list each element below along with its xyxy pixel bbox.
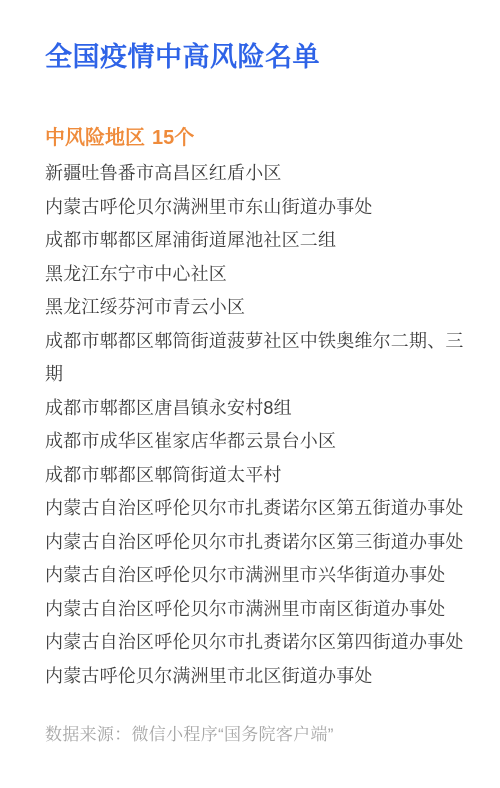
risk-area-item: 成都市郫都区郫筒街道太平村 <box>45 459 465 493</box>
section-heading: 中风险地区15个 <box>45 127 465 150</box>
page-title: 全国疫情中高风险名单 <box>45 42 465 73</box>
risk-list-page: 全国疫情中高风险名单 中风险地区15个 新疆吐鲁番市高昌区红盾小区内蒙古呼伦贝尔… <box>0 0 500 788</box>
risk-area-item: 内蒙古自治区呼伦贝尔市满洲里市兴华街道办事处 <box>45 559 465 593</box>
risk-area-item: 成都市成华区崔家店华都云景台小区 <box>45 425 465 459</box>
risk-area-item: 黑龙江绥芬河市青云小区 <box>45 291 465 325</box>
risk-area-item: 内蒙古自治区呼伦贝尔市满洲里市南区街道办事处 <box>45 593 465 627</box>
risk-area-list: 新疆吐鲁番市高昌区红盾小区内蒙古呼伦贝尔满洲里市东山街道办事处成都市郫都区犀浦街… <box>45 157 465 693</box>
section-label: 中风险地区 <box>45 127 145 149</box>
risk-area-item: 黑龙江东宁市中心社区 <box>45 258 465 292</box>
risk-area-item: 内蒙古自治区呼伦贝尔市扎赉诺尔区第四街道办事处 <box>45 626 465 660</box>
risk-area-item: 内蒙古呼伦贝尔满洲里市北区街道办事处 <box>45 660 465 694</box>
risk-area-item: 内蒙古呼伦贝尔满洲里市东山街道办事处 <box>45 191 465 225</box>
data-source: 数据来源：微信小程序“国务院客户端” <box>45 724 465 746</box>
section-count: 15个 <box>152 127 194 149</box>
risk-area-item: 成都市郫都区郫筒街道菠萝社区中铁奥维尔二期、三期 <box>45 325 465 392</box>
risk-area-item: 内蒙古自治区呼伦贝尔市扎赉诺尔区第五街道办事处 <box>45 492 465 526</box>
risk-area-item: 新疆吐鲁番市高昌区红盾小区 <box>45 157 465 191</box>
risk-area-item: 内蒙古自治区呼伦贝尔市扎赉诺尔区第三街道办事处 <box>45 526 465 560</box>
risk-area-item: 成都市郫都区唐昌镇永安村8组 <box>45 392 465 426</box>
risk-area-item: 成都市郫都区犀浦街道犀池社区二组 <box>45 224 465 258</box>
